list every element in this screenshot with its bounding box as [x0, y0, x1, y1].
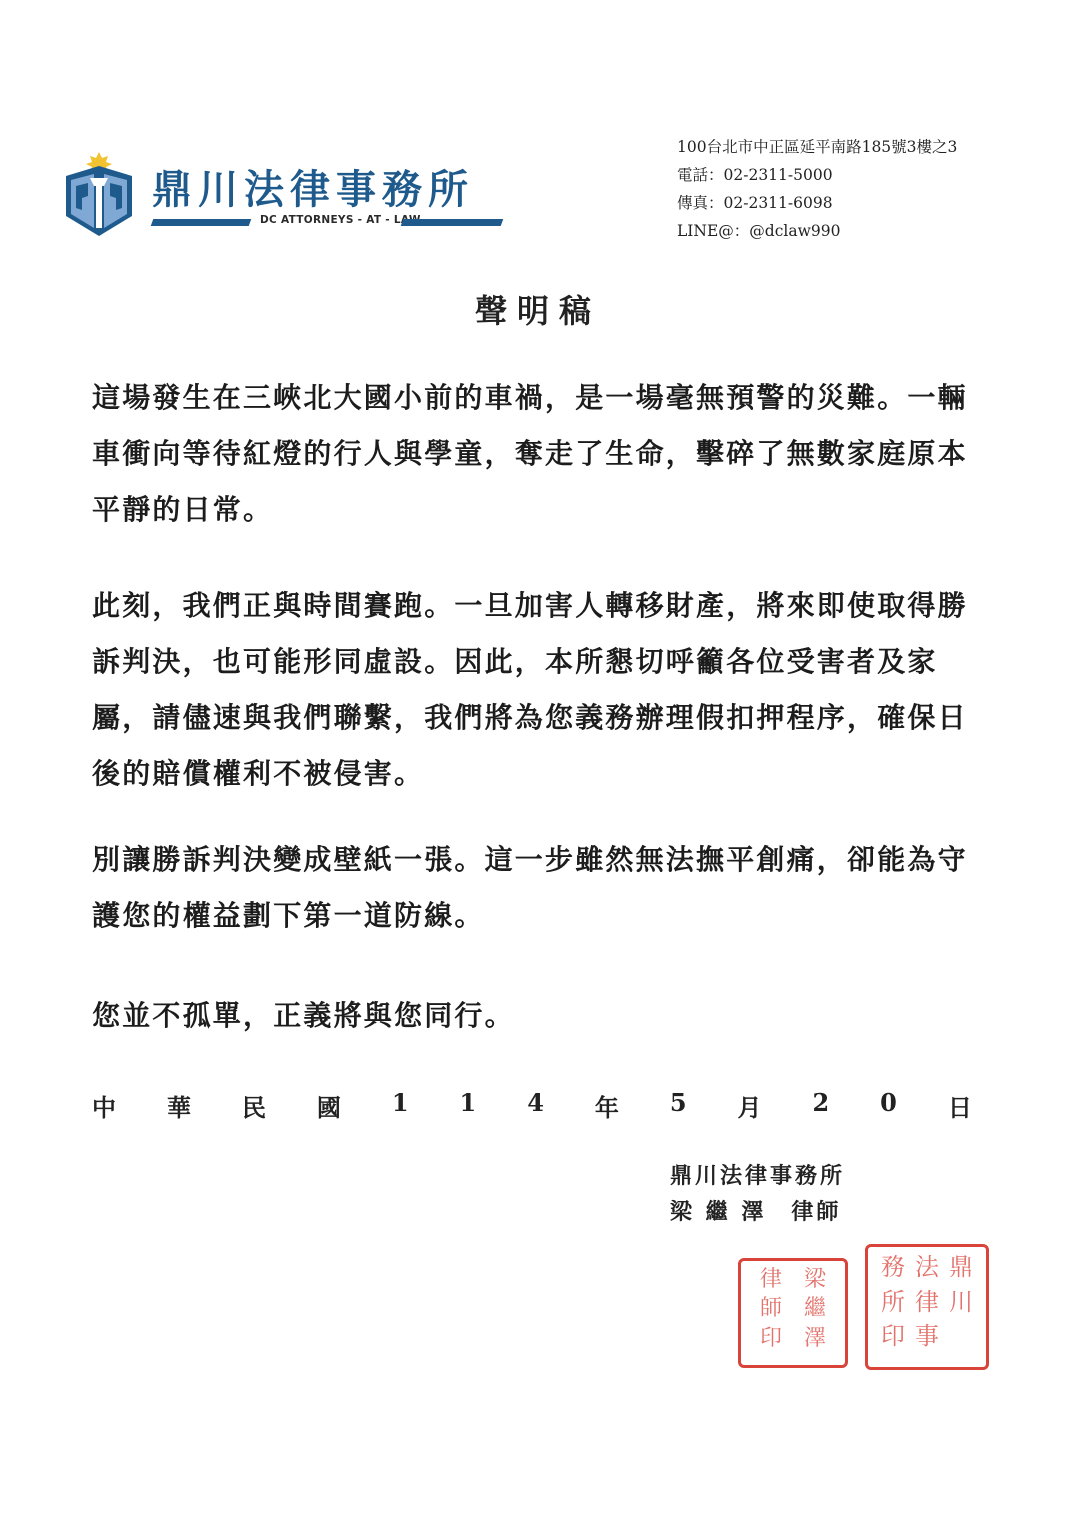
line-id: LINE@：@dclaw990 [677, 217, 957, 245]
paragraph-3: 別讓勝訴判決變成壁紙一張。這一步雖然無法撫平創痛，卻能為守護您的權益劃下第一道防… [92, 832, 992, 944]
firm-seal-stamp: 務 法 鼎 所 律 川 印 事 [865, 1244, 989, 1370]
seal-char: 印 [876, 1324, 910, 1359]
seal-char: 務 [876, 1255, 910, 1290]
letterhead-logo: 鼎川法律事務所 DC ATTORNEYS - AT - LAW [60, 148, 510, 238]
address: 100台北市中正區延平南路185號3樓之3 [677, 133, 957, 161]
date-part: 日 [948, 1088, 972, 1123]
paragraph-2: 此刻，我們正與時間賽跑。一旦加害人轉移財產，將來即使取得勝訴判決，也可能形同虛設… [92, 578, 992, 802]
signature-block: 鼎川法律事務所 梁 繼 澤 律師 [670, 1158, 845, 1230]
paragraph-4: 您並不孤單，正義將與您同行。 [92, 988, 992, 1044]
seal-char: 師 [749, 1298, 793, 1327]
phone: 電話：02-2311-5000 [677, 161, 957, 189]
seal-char: 梁 [793, 1269, 837, 1298]
date-part: 0 [880, 1088, 897, 1123]
date-part: 華 [167, 1088, 191, 1123]
date-part: 國 [317, 1088, 341, 1123]
seal-char: 印 [749, 1328, 793, 1357]
seal-char: 法 [910, 1255, 944, 1290]
lawyer-seal-stamp: 律 梁 師 繼 印 澤 [738, 1258, 848, 1368]
date-part: 1 [460, 1088, 477, 1123]
seal-char [944, 1324, 978, 1359]
paragraph-1: 這場發生在三峽北大國小前的車禍，是一場毫無預警的災難。一輛車衝向等待紅燈的行人與… [92, 370, 992, 538]
firm-english-tagline: DC ATTORNEYS - AT - LAW [152, 214, 502, 230]
firm-name-english: DC ATTORNEYS - AT - LAW [260, 214, 421, 226]
signature-lawyer: 梁 繼 澤 律師 [670, 1194, 845, 1230]
seal-char: 事 [910, 1324, 944, 1359]
seal-char: 川 [944, 1290, 978, 1325]
fax: 傳真：02-2311-6098 [677, 189, 957, 217]
date-part: 年 [595, 1088, 619, 1123]
firm-name-logo-text: 鼎川法律事務所 [152, 158, 474, 215]
date-part: 民 [242, 1088, 266, 1123]
seal-char: 所 [876, 1290, 910, 1325]
tagline-right-bar [401, 219, 504, 226]
date-part: 5 [670, 1088, 687, 1123]
date-part: 4 [527, 1088, 544, 1123]
date-part: 2 [813, 1088, 830, 1123]
date-part: 中 [92, 1088, 116, 1123]
date-part: 1 [392, 1088, 409, 1123]
seal-char: 鼎 [944, 1255, 978, 1290]
document-date: 中 華 民 國 1 1 4 年 5 月 2 0 日 [92, 1088, 972, 1123]
seal-char: 律 [910, 1290, 944, 1325]
tagline-left-bar [151, 219, 252, 226]
date-part: 月 [738, 1088, 762, 1123]
document-title: 聲明稿 [0, 286, 1076, 332]
seal-char: 律 [749, 1269, 793, 1298]
signature-firm: 鼎川法律事務所 [670, 1158, 845, 1194]
seal-char: 繼 [793, 1298, 837, 1327]
shield-star-logo-icon [60, 148, 138, 238]
contact-block: 100台北市中正區延平南路185號3樓之3 電話：02-2311-5000 傳真… [677, 133, 957, 245]
seal-char: 澤 [793, 1328, 837, 1357]
